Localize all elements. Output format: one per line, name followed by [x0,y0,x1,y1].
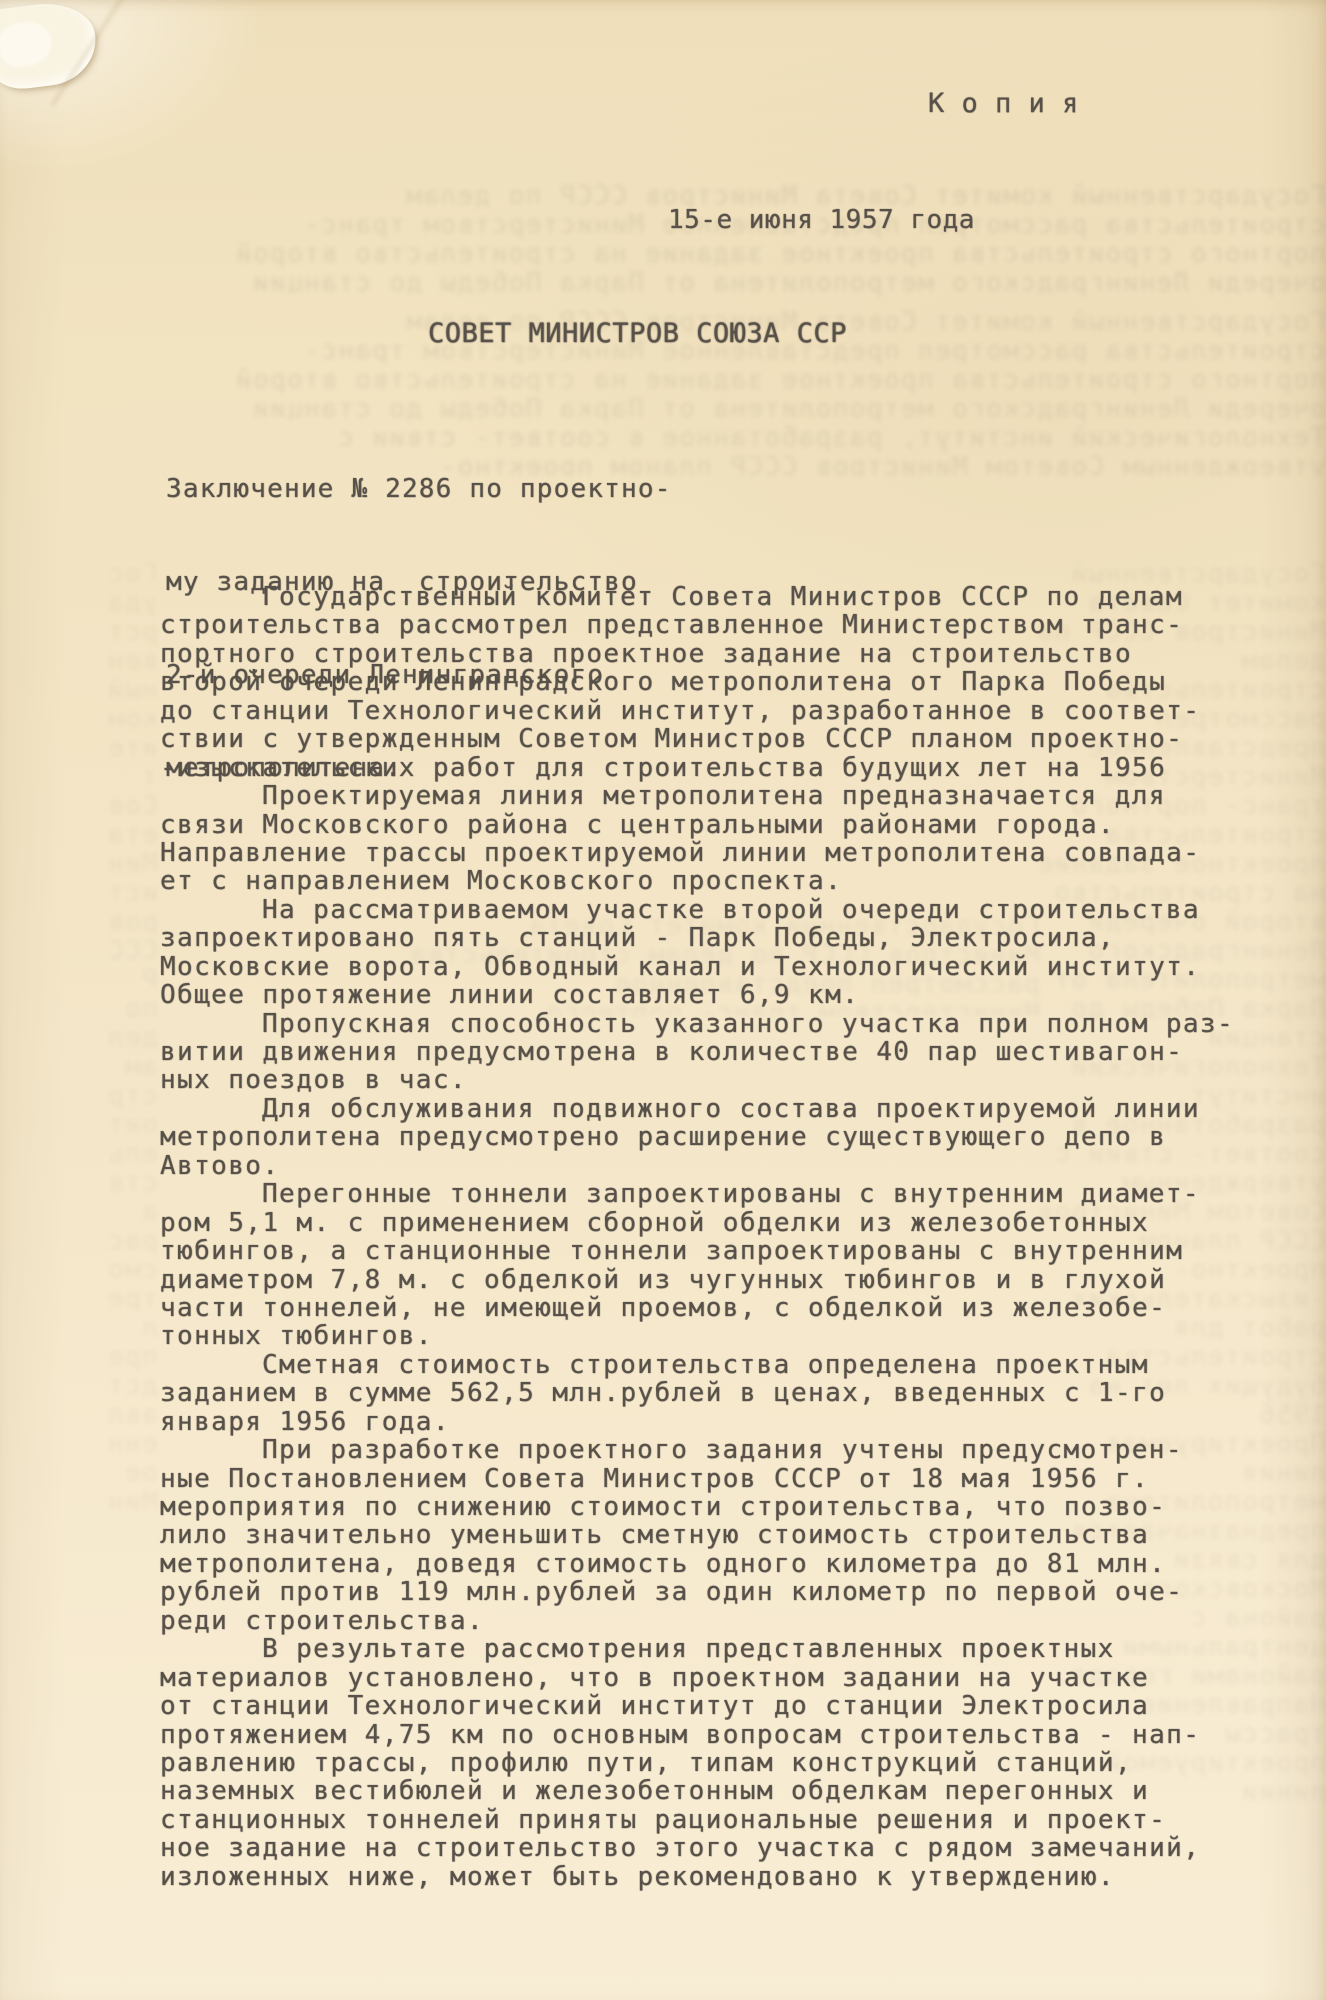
body-line: лило значительно уменьшить сметную стоим… [160,1521,1326,1549]
body-line: части тоннелей, не имеющей проемов, с об… [160,1294,1326,1322]
body-line: ное задание на строительство этого участ… [160,1834,1326,1862]
body-line: Направление трассы проектируемой линии м… [160,839,1326,867]
paper-stain [0,19,54,69]
body-line: станционных тоннелей приняты рациональны… [160,1806,1326,1834]
body-line: реди строительства. [160,1607,1326,1635]
body-line: запроектировано пять станций - Парк Побе… [160,924,1326,952]
body-line: наземных вестибюлей и железобетонным обд… [160,1777,1326,1805]
body-line: метрополитена предусмотрено расширение с… [160,1123,1326,1151]
body-line: второй очереди Ленинградского метрополит… [160,668,1326,696]
body-line: ствии с утвержденным Советом Министров С… [160,725,1326,753]
torn-corner [0,0,101,92]
document-body: Государственный комитет Совета Министров… [160,583,1326,1891]
body-line: до станции Технологический институт, раз… [160,697,1326,725]
body-line: заданием в сумме 562,5 млн.рублей в цена… [160,1379,1326,1407]
body-line: строительства рассмотрел представленное … [160,611,1326,639]
body-line: На рассматриваемом участке второй очеред… [160,896,1326,924]
body-line: тюбингов, а станционные тоннели запроект… [160,1237,1326,1265]
body-line: ет с направлением Московского проспекта. [160,867,1326,895]
body-line: При разработке проектного задания учтены… [160,1436,1326,1464]
body-line: Перегонные тоннели запроектированы с вну… [160,1180,1326,1208]
body-line: связи Московского района с центральными … [160,811,1326,839]
subject-line: Заключение № 2286 по проектно- [166,474,672,505]
body-line: мероприятия по снижению стоимости строит… [160,1493,1326,1521]
body-line: ных поездов в час. [160,1066,1326,1094]
body-line: рублей против 119 млн.рублей за один кил… [160,1578,1326,1606]
body-line: Пропускная способность указанного участк… [160,1010,1326,1038]
body-line: Общее протяжение линии составляет 6,9 км… [160,981,1326,1009]
body-line: Московские ворота, Обводный канал и Техн… [160,953,1326,981]
body-line: диаметром 7,8 м. с обделкой из чугунных … [160,1266,1326,1294]
body-line: Для обслуживания подвижного состава прое… [160,1095,1326,1123]
body-line: Автово. [160,1152,1326,1180]
body-line: равлению трассы, профилю пути, типам кон… [160,1749,1326,1777]
body-line: В результате рассмотрения представленных… [160,1635,1326,1663]
bleedthrough-text: Государственный комитет Совета Министров… [180,182,1326,300]
document-page: Государственный комитет Совета Министров… [0,0,1326,2000]
body-line: Сметная стоимость строительства определе… [160,1351,1326,1379]
body-line: метрополитена, доведя стоимость одного к… [160,1550,1326,1578]
body-line: ром 5,1 м. с применением сборной обделки… [160,1209,1326,1237]
document-date: 15-е июня 1957 года [668,205,975,235]
body-line: января 1956 года. [160,1408,1326,1436]
body-line: Государственный комитет Совета Министров… [160,583,1326,611]
body-line: ные Постановлением Совета Министров СССР… [160,1465,1326,1493]
body-line: Проектируемая линия метрополитена предна… [160,782,1326,810]
copy-stamp-label: К о п и я [928,88,1079,119]
body-line: портного строительства проектное задание… [160,640,1326,668]
body-line: от станции Технологический институт до с… [160,1692,1326,1720]
ministry-title: СОВЕТ МИНИСТРОВ СОЮЗА ССР [428,318,847,349]
bleedthrough-text: Государственный комитет Совета Министров… [92,560,158,1520]
body-line: изложенных ниже, может быть рекомендован… [160,1863,1326,1891]
body-line: -изыскательских работ для строительства … [160,754,1326,782]
body-line: витии движения предусмотрена в количеств… [160,1038,1326,1066]
body-line: протяжением 4,75 км по основным вопросам… [160,1721,1326,1749]
body-line: тонных тюбингов. [160,1322,1326,1350]
body-line: материалов установлено, что в проектном … [160,1664,1326,1692]
